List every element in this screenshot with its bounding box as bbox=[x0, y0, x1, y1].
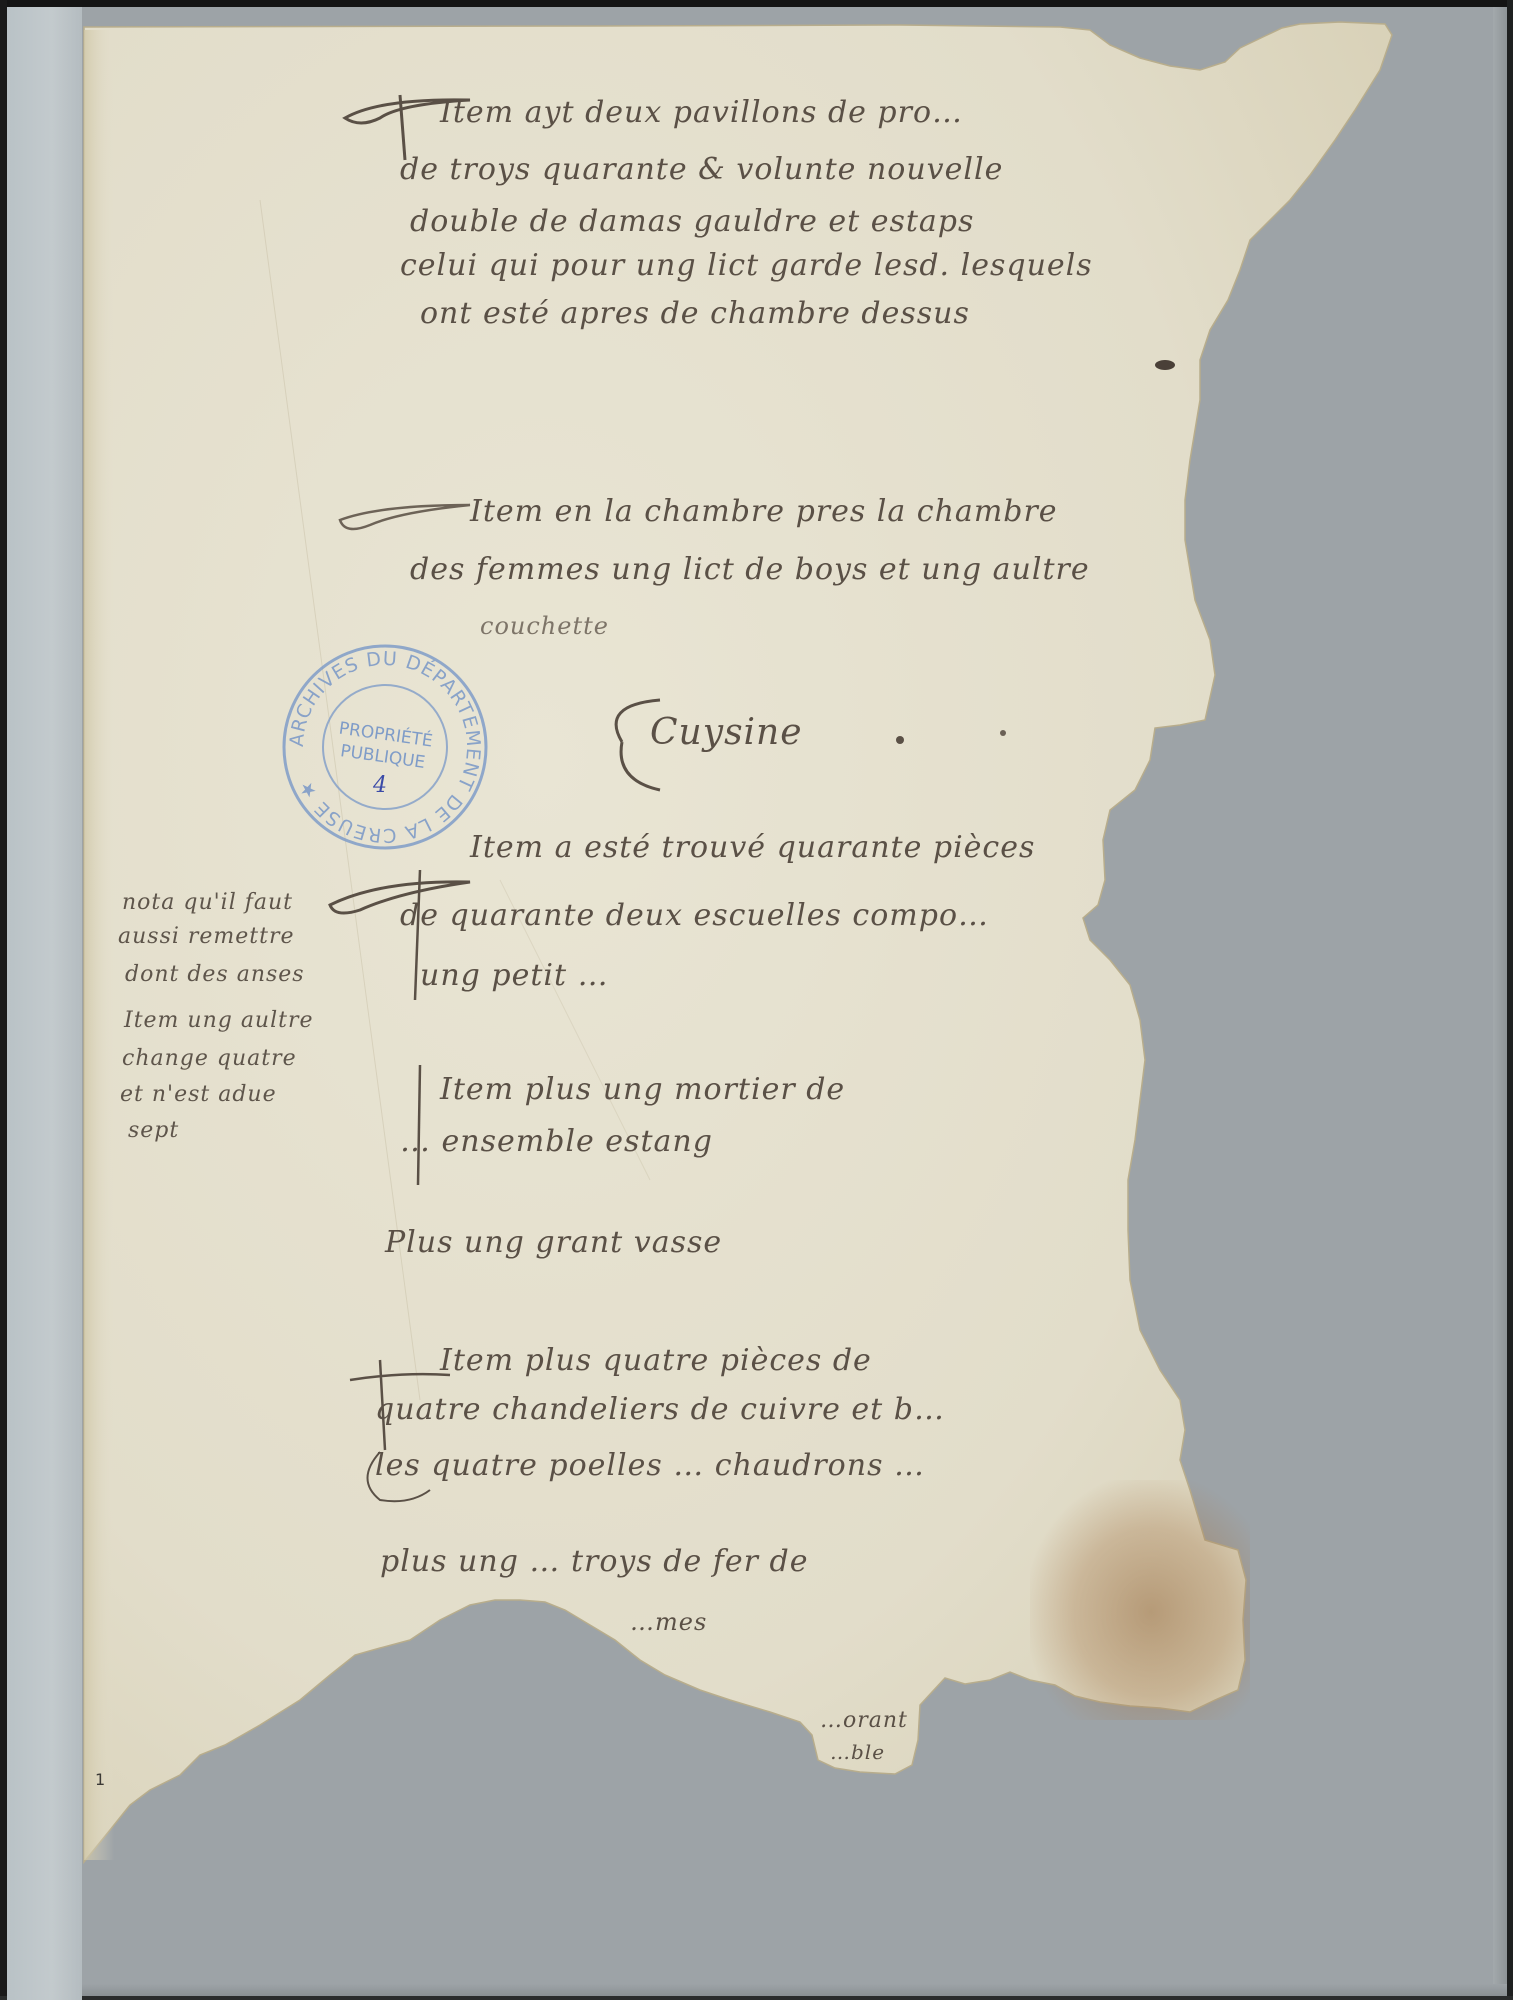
margin-note: Item ung aultre bbox=[124, 1008, 314, 1033]
text-line: Item a esté trouvé quarante pièces bbox=[470, 830, 1035, 865]
text-line: Plus ung grant vasse bbox=[385, 1225, 722, 1260]
ink-blot bbox=[1155, 360, 1175, 370]
text-line: ung petit … bbox=[420, 958, 609, 993]
margin-note: change quatre bbox=[122, 1046, 297, 1071]
margin-note: aussi remettre bbox=[118, 924, 295, 949]
text-line: …mes bbox=[630, 1608, 707, 1636]
text-line: Item en la chambre pres la chambre bbox=[470, 494, 1058, 529]
text-line: Item plus quatre pièces de bbox=[440, 1343, 872, 1378]
text-line: Item plus ung mortier de bbox=[440, 1072, 845, 1107]
text-line: plus ung … troys de fer de bbox=[380, 1544, 809, 1579]
text-line: …ble bbox=[830, 1740, 885, 1764]
margin-note: et n'est adue bbox=[120, 1082, 277, 1107]
text-line: quatre chandeliers de cuivre et b… bbox=[375, 1392, 945, 1427]
text-line: …orant bbox=[820, 1708, 908, 1733]
folio-number: 1 bbox=[95, 1770, 105, 1789]
text-line: de quarante deux escuelles compo… bbox=[400, 898, 989, 933]
stamp-number: 4 bbox=[372, 773, 387, 798]
ink-blot bbox=[896, 736, 904, 744]
margin-note: dont des anses bbox=[125, 962, 305, 987]
text-line: de troys quarante & volunte nouvelle bbox=[400, 152, 1003, 187]
margin-note: nota qu'il faut bbox=[122, 890, 293, 915]
text-line: Item ayt deux pavillons de pro… bbox=[440, 95, 963, 130]
text-line: ont esté apres de chambre dessus bbox=[420, 296, 970, 331]
section-heading: Cuysine bbox=[650, 712, 803, 753]
text-line: des femmes ung lict de boys et ung aultr… bbox=[410, 552, 1090, 587]
text-line: couchette bbox=[480, 612, 609, 640]
text-line: les quatre poelles … chaudrons … bbox=[375, 1448, 925, 1483]
text-line: celui qui pour ung lict garde lesd. lesq… bbox=[400, 248, 1093, 283]
text-line: … ensemble estang bbox=[400, 1124, 713, 1159]
margin-note: sept bbox=[128, 1118, 179, 1143]
text-line: double de damas gauldre et estaps bbox=[410, 204, 974, 239]
archive-stamp: ARCHIVES DU DÉPARTEMENT DE LA CREUSE ★ P… bbox=[280, 642, 490, 852]
